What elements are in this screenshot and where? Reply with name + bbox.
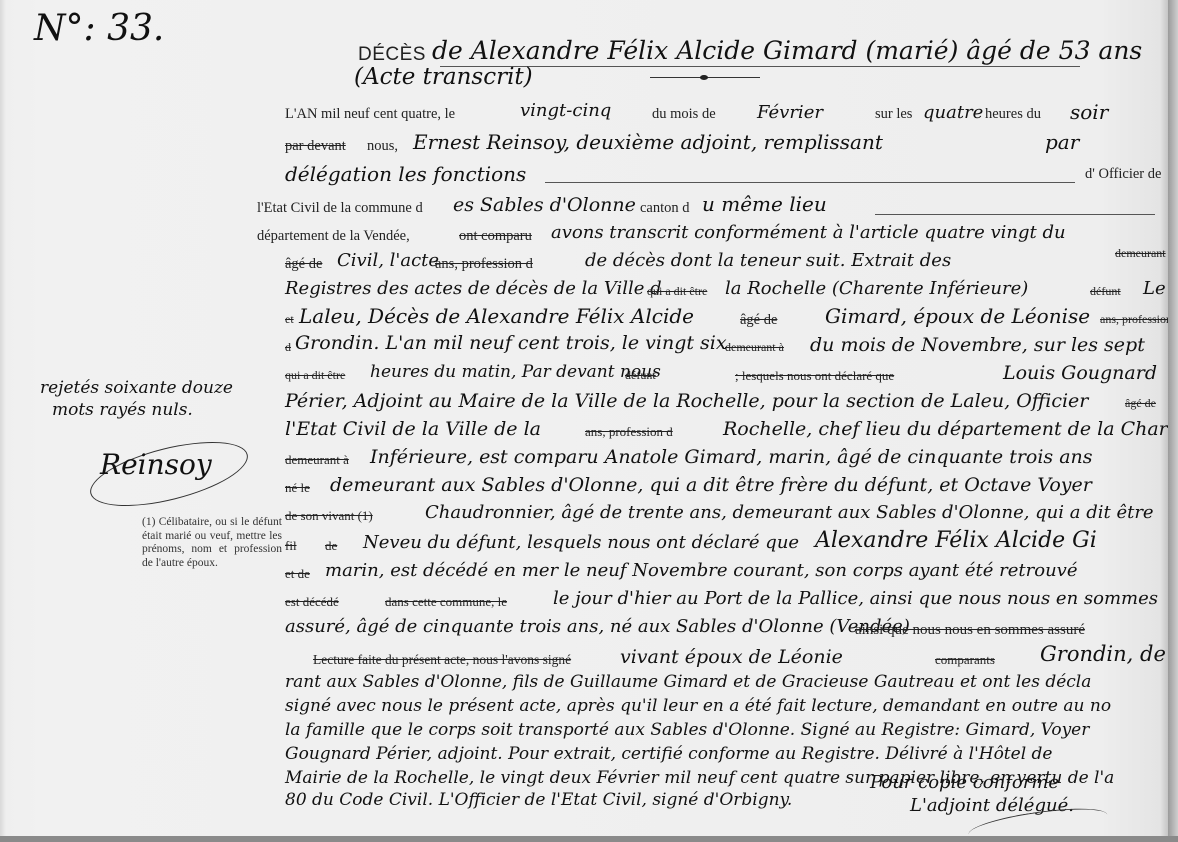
margin-note-line1: rejetés soixante douze <box>40 378 233 398</box>
margin-note-line2: mots rayés nuls. <box>52 400 193 420</box>
body-line: 80 du Code Civil. L'Officier de l'Etat C… <box>285 790 792 810</box>
handwritten-title: de Alexandre Félix Alcide Gimard (marié)… <box>432 36 1142 65</box>
body-line: signé avec nous le présent acte, après q… <box>285 696 1111 716</box>
printed-footnote: (1) Célibataire, ou si le défunt était m… <box>142 516 282 570</box>
register-page: N°: 33. DÉCÈS de Alexandre Félix Alcide … <box>0 0 1170 838</box>
decorative-rule <box>650 77 760 78</box>
margin-signature: Reinsoy <box>100 448 212 481</box>
title-underline <box>440 66 1080 67</box>
body-line: Gougnard Périer, adjoint. Pour extrait, … <box>285 744 1052 764</box>
printed-title-deces: DÉCÈS <box>358 44 426 66</box>
body-line: rant aux Sables d'Olonne, fils de Guilla… <box>285 672 1091 692</box>
act-number: N°: 33. <box>34 8 164 49</box>
page-right-edge <box>1168 0 1178 842</box>
body-line: la famille que le corps soit transporté … <box>285 720 1089 740</box>
handwritten-subtitle: (Acte transcrit) <box>354 64 533 90</box>
page-bottom-edge <box>0 836 1178 842</box>
closing-copy-conforme: Pour copie conforme <box>870 772 1059 793</box>
